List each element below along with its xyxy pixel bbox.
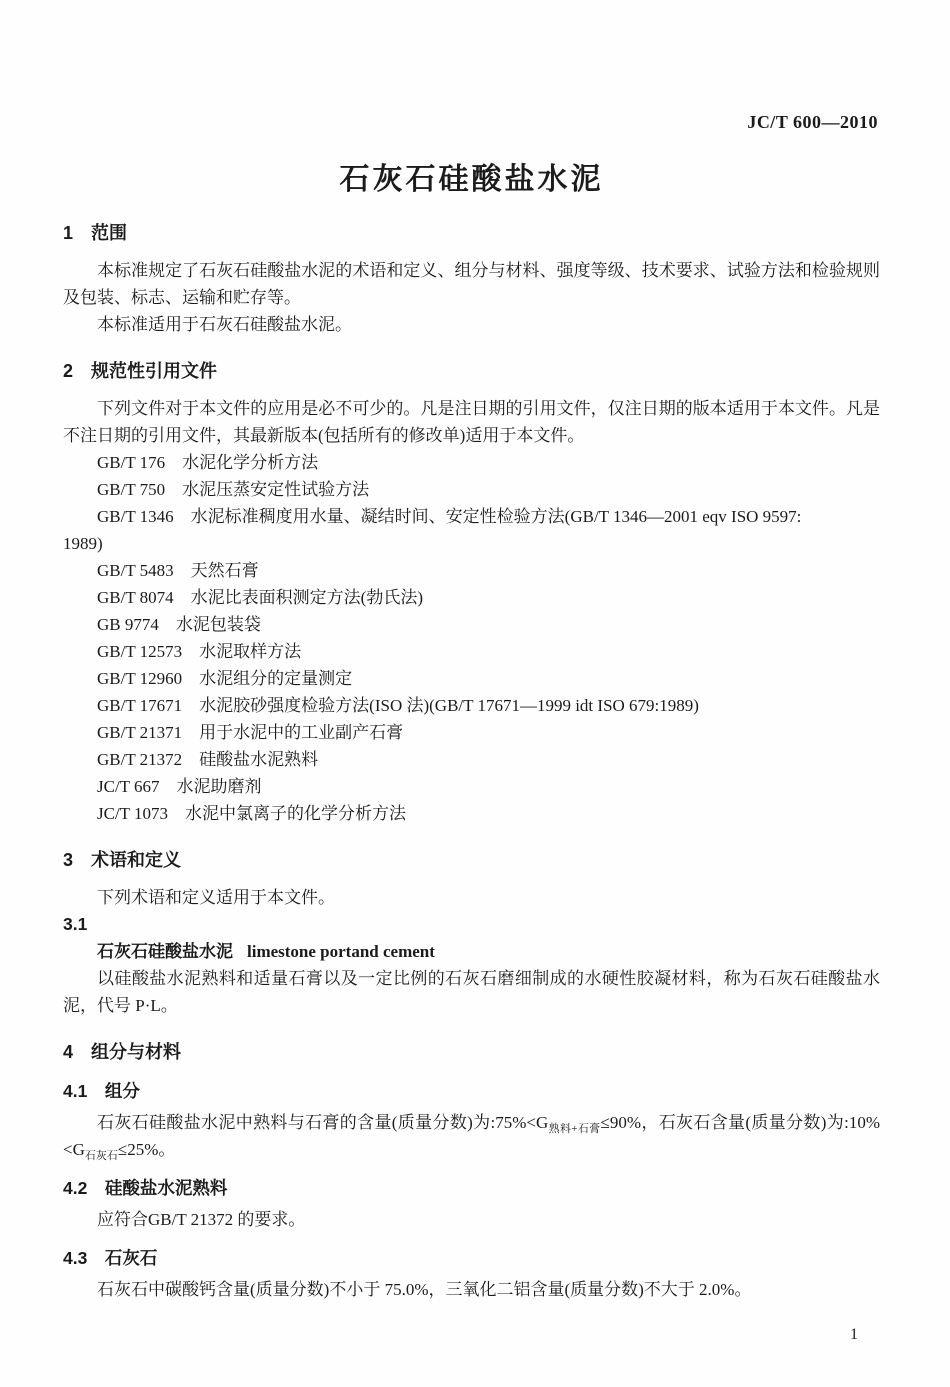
section-2-heading: 2 规范性引用文件	[63, 358, 880, 385]
section-1-paragraph-2: 本标准适用于石灰石硅酸盐水泥。	[63, 311, 880, 338]
reference-item: GB/T 5483 天然石膏	[63, 557, 880, 584]
term-number: 3.1	[63, 911, 880, 938]
subsection-4-3-heading: 4.3 石灰石	[63, 1245, 880, 1272]
formula-subscript-clinker-gypsum: 熟料+石膏	[548, 1123, 600, 1135]
section-1-heading: 1 范围	[63, 220, 880, 247]
term-name-en: limestone portand cement	[247, 942, 435, 961]
reference-item: JC/T 1073 水泥中氯离子的化学分析方法	[63, 800, 880, 827]
formula-text: ≤25%。	[118, 1140, 176, 1159]
reference-item: GB/T 12573 水泥取样方法	[63, 638, 880, 665]
reference-item: GB/T 8074 水泥比表面积测定方法(勃氏法)	[63, 584, 880, 611]
section-3-heading: 3 术语和定义	[63, 847, 880, 874]
composition-formula-paragraph: 石灰石硅酸盐水泥中熟料与石膏的含量(质量分数)为:75%<G熟料+石膏≤90%，…	[63, 1109, 880, 1163]
formula-subscript-limestone: 石灰石	[85, 1150, 118, 1162]
reference-item: GB/T 1346 水泥标准稠度用水量、凝结时间、安定性检验方法(GB/T 13…	[63, 503, 880, 530]
section-2-paragraph-1: 下列文件对于本文件的应用是必不可少的。凡是注日期的引用文件，仅注日期的版本适用于…	[63, 395, 880, 449]
reference-item-continuation: 1989)	[63, 530, 880, 557]
document-body: 石灰石硅酸盐水泥 1 范围 本标准规定了石灰石硅酸盐水泥的术语和定义、组分与材料…	[63, 0, 880, 1303]
subsection-4-2-heading: 4.2 硅酸盐水泥熟料	[63, 1175, 880, 1202]
document-title: 石灰石硅酸盐水泥	[63, 160, 880, 200]
reference-item: GB/T 21372 硅酸盐水泥熟料	[63, 746, 880, 773]
subsection-4-1-heading: 4.1 组分	[63, 1078, 880, 1105]
reference-list: GB/T 176 水泥化学分析方法 GB/T 750 水泥压蒸安定性试验方法 G…	[63, 449, 880, 827]
section-4-heading: 4 组分与材料	[63, 1039, 880, 1066]
page-number: 1	[850, 1326, 858, 1344]
document-page: JC/T 600—2010 石灰石硅酸盐水泥 1 范围 本标准规定了石灰石硅酸盐…	[0, 0, 950, 1387]
formula-text: 石灰石硅酸盐水泥中熟料与石膏的含量(质量分数)为:75%<G	[97, 1113, 548, 1132]
reference-item: GB/T 176 水泥化学分析方法	[63, 449, 880, 476]
reference-item: GB/T 750 水泥压蒸安定性试验方法	[63, 476, 880, 503]
subsection-4-2-paragraph: 应符合GB/T 21372 的要求。	[63, 1206, 880, 1233]
term-heading: 石灰石硅酸盐水泥limestone portand cement	[63, 938, 880, 965]
section-1-paragraph-1: 本标准规定了石灰石硅酸盐水泥的术语和定义、组分与材料、强度等级、技术要求、试验方…	[63, 257, 880, 311]
reference-item: JC/T 667 水泥助磨剂	[63, 773, 880, 800]
reference-item: GB/T 21371 用于水泥中的工业副产石膏	[63, 719, 880, 746]
term-name-zh: 石灰石硅酸盐水泥	[97, 942, 233, 961]
subsection-4-3-paragraph: 石灰石中碳酸钙含量(质量分数)不小于 75.0%，三氧化二铝含量(质量分数)不大…	[63, 1276, 880, 1303]
term-definition: 以硅酸盐水泥熟料和适量石膏以及一定比例的石灰石磨细制成的水硬性胶凝材料，称为石灰…	[63, 965, 880, 1019]
section-3-paragraph-1: 下列术语和定义适用于本文件。	[63, 884, 880, 911]
reference-item: GB/T 12960 水泥组分的定量测定	[63, 665, 880, 692]
reference-item: GB/T 17671 水泥胶砂强度检验方法(ISO 法)(GB/T 17671—…	[63, 692, 880, 719]
reference-item: GB 9774 水泥包装袋	[63, 611, 880, 638]
